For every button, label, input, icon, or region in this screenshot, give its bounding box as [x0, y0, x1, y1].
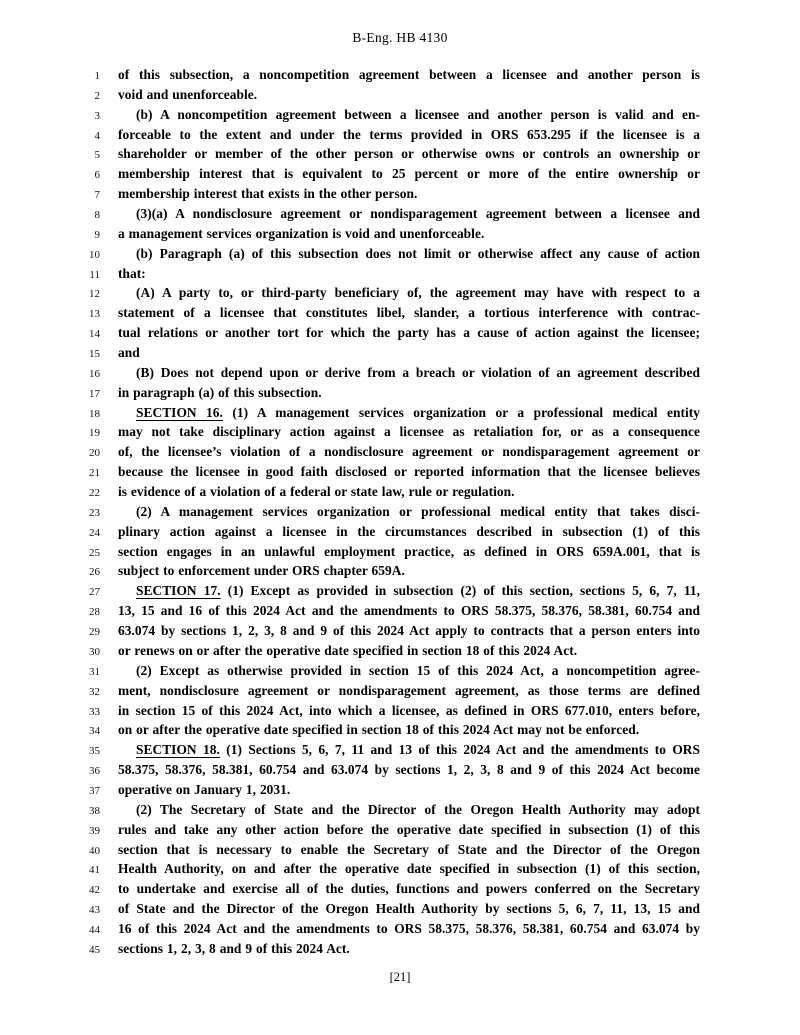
document-line: 26subject to enforcement under ORS chapt… [0, 561, 800, 581]
line-text: void and unenforceable. [118, 85, 700, 105]
line-number: 34 [0, 722, 100, 742]
line-number: 27 [0, 583, 100, 603]
line-text: to undertake and exercise all of the dut… [118, 879, 700, 899]
line-text: in paragraph (a) of this subsection. [118, 383, 700, 403]
line-number: 41 [0, 861, 100, 881]
document-line: 40section that is necessary to enable th… [0, 840, 800, 860]
document-line: 42to undertake and exercise all of the d… [0, 879, 800, 899]
line-number: 15 [0, 345, 100, 365]
line-text: SECTION 18. (1) Sections 5, 6, 7, 11 and… [118, 740, 700, 760]
document-line: 38(2) The Secretary of State and the Dir… [0, 800, 800, 820]
line-text: of, the licensee’s violation of a nondis… [118, 442, 700, 462]
line-text: Health Authority, on and after the opera… [118, 859, 700, 879]
line-text: 13, 15 and 16 of this 2024 Act and the a… [118, 601, 700, 621]
document-line: 3(b) A noncompetition agreement between … [0, 105, 800, 125]
section-heading-label: SECTION 16. [136, 405, 223, 420]
line-number: 14 [0, 325, 100, 345]
document-line: 12(A) A party to, or third-party benefic… [0, 283, 800, 303]
line-text: section that is necessary to enable the … [118, 840, 700, 860]
document-line: 5shareholder or member of the other pers… [0, 144, 800, 164]
line-text: of State and the Director of the Oregon … [118, 899, 700, 919]
line-text: 58.375, 58.376, 58.381, 60.754 and 63.07… [118, 760, 700, 780]
page-header-title: B-Eng. HB 4130 [0, 30, 800, 46]
document-line: 9a management services organization is v… [0, 224, 800, 244]
line-number: 44 [0, 921, 100, 941]
document-line: 20of, the licensee’s violation of a nond… [0, 442, 800, 462]
document-line: 16(B) Does not depend upon or derive fro… [0, 363, 800, 383]
document-line: 10(b) Paragraph (a) of this subsection d… [0, 244, 800, 264]
document-line: 45sections 1, 2, 3, 8 and 9 of this 2024… [0, 939, 800, 959]
line-number: 23 [0, 504, 100, 524]
line-number: 26 [0, 563, 100, 583]
line-number: 20 [0, 444, 100, 464]
line-number: 42 [0, 881, 100, 901]
document-line: 39rules and take any other action before… [0, 820, 800, 840]
line-text: (3)(a) A nondisclosure agreement or nond… [118, 204, 700, 224]
document-line: 7membership interest that exists in the … [0, 184, 800, 204]
line-text: 16 of this 2024 Act and the amendments t… [118, 919, 700, 939]
line-text: because the licensee in good faith discl… [118, 462, 700, 482]
document-line: 15and [0, 343, 800, 363]
line-number: 13 [0, 305, 100, 325]
document-line: 2void and unenforceable. [0, 85, 800, 105]
line-text: tual relations or another tort for which… [118, 323, 700, 343]
document-line: 27SECTION 17. (1) Except as provided in … [0, 581, 800, 601]
document-line: 43of State and the Director of the Orego… [0, 899, 800, 919]
document-line: 24plinary action against a licensee in t… [0, 522, 800, 542]
document-line: 23(2) A management services organization… [0, 502, 800, 522]
line-number: 43 [0, 901, 100, 921]
document-line: 31(2) Except as otherwise provided in se… [0, 661, 800, 681]
line-number: 35 [0, 742, 100, 762]
line-text: (b) A noncompetition agreement between a… [118, 105, 700, 125]
document-line: 8(3)(a) A nondisclosure agreement or non… [0, 204, 800, 224]
line-text: SECTION 17. (1) Except as provided in su… [118, 581, 700, 601]
document-line: 17in paragraph (a) of this subsection. [0, 383, 800, 403]
line-number: 21 [0, 464, 100, 484]
document-line: 4416 of this 2024 Act and the amendments… [0, 919, 800, 939]
document-line: 13statement of a licensee that constitut… [0, 303, 800, 323]
line-number: 4 [0, 127, 100, 147]
line-number: 30 [0, 643, 100, 663]
line-number: 24 [0, 524, 100, 544]
document-line: 35SECTION 18. (1) Sections 5, 6, 7, 11 a… [0, 740, 800, 760]
line-text: (A) A party to, or third-party beneficia… [118, 283, 700, 303]
line-text: a management services organization is vo… [118, 224, 700, 244]
line-number: 7 [0, 186, 100, 206]
line-number: 1 [0, 67, 100, 87]
line-number: 32 [0, 683, 100, 703]
line-number: 45 [0, 941, 100, 961]
document-line: 19may not take disciplinary action again… [0, 422, 800, 442]
line-text: (2) Except as otherwise provided in sect… [118, 661, 700, 681]
line-text: (b) Paragraph (a) of this subsection doe… [118, 244, 700, 264]
line-text: in section 15 of this 2024 Act, into whi… [118, 701, 700, 721]
line-number: 38 [0, 802, 100, 822]
line-number: 22 [0, 484, 100, 504]
line-number: 19 [0, 424, 100, 444]
line-text: section engages in an unlawful employmen… [118, 542, 700, 562]
line-number: 39 [0, 822, 100, 842]
document-line: 1of this subsection, a noncompetition ag… [0, 65, 800, 85]
line-text: shareholder or member of the other perso… [118, 144, 700, 164]
line-number: 40 [0, 842, 100, 862]
line-text: of this subsection, a noncompetition agr… [118, 65, 700, 85]
line-number: 8 [0, 206, 100, 226]
line-text: (B) Does not depend upon or derive from … [118, 363, 700, 383]
line-text: may not take disciplinary action against… [118, 422, 700, 442]
line-number: 33 [0, 703, 100, 723]
line-number: 29 [0, 623, 100, 643]
document-line: 18SECTION 16. (1) A management services … [0, 403, 800, 423]
line-text: rules and take any other action before t… [118, 820, 700, 840]
document-lines: 1of this subsection, a noncompetition ag… [0, 65, 800, 959]
line-number: 12 [0, 285, 100, 305]
line-text: (2) A management services organization o… [118, 502, 700, 522]
line-text: 63.074 by sections 1, 2, 3, 8 and 9 of t… [118, 621, 700, 641]
line-text: operative on January 1, 2031. [118, 780, 700, 800]
line-number: 2 [0, 87, 100, 107]
line-number: 28 [0, 603, 100, 623]
page-number: [21] [0, 970, 800, 985]
document-line: 25section engages in an unlawful employm… [0, 542, 800, 562]
line-text: or renews on or after the operative date… [118, 641, 700, 661]
line-text: subject to enforcement under ORS chapter… [118, 561, 700, 581]
line-number: 10 [0, 246, 100, 266]
line-number: 17 [0, 385, 100, 405]
line-text: ment, nondisclosure agreement or nondisp… [118, 681, 700, 701]
document-line: 2813, 15 and 16 of this 2024 Act and the… [0, 601, 800, 621]
line-text: SECTION 16. (1) A management services or… [118, 403, 700, 423]
document-line: 32ment, nondisclosure agreement or nondi… [0, 681, 800, 701]
line-text: (2) The Secretary of State and the Direc… [118, 800, 700, 820]
line-number: 25 [0, 544, 100, 564]
line-text: membership interest that is equivalent t… [118, 164, 700, 184]
document-line: 22is evidence of a violation of a federa… [0, 482, 800, 502]
line-number: 5 [0, 146, 100, 166]
line-text: that: [118, 264, 700, 284]
document-line: 37operative on January 1, 2031. [0, 780, 800, 800]
line-number: 31 [0, 663, 100, 683]
section-heading-label: SECTION 18. [136, 742, 220, 757]
document-line: 4forceable to the extent and under the t… [0, 125, 800, 145]
line-text: sections 1, 2, 3, 8 and 9 of this 2024 A… [118, 939, 700, 959]
document-line: 6membership interest that is equivalent … [0, 164, 800, 184]
line-text: is evidence of a violation of a federal … [118, 482, 700, 502]
section-heading-label: SECTION 17. [136, 583, 221, 598]
document-line: 41Health Authority, on and after the ope… [0, 859, 800, 879]
line-text: membership interest that exists in the o… [118, 184, 700, 204]
line-number: 3 [0, 107, 100, 127]
line-text: statement of a licensee that constitutes… [118, 303, 700, 323]
line-number: 18 [0, 405, 100, 425]
document-line: 14tual relations or another tort for whi… [0, 323, 800, 343]
line-number: 9 [0, 226, 100, 246]
document-line: 21because the licensee in good faith dis… [0, 462, 800, 482]
document-line: 2963.074 by sections 1, 2, 3, 8 and 9 of… [0, 621, 800, 641]
bill-page: B-Eng. HB 4130 1of this subsection, a no… [0, 0, 800, 1035]
line-text: forceable to the extent and under the te… [118, 125, 700, 145]
line-text: and [118, 343, 700, 363]
line-number: 16 [0, 365, 100, 385]
document-line: 3658.375, 58.376, 58.381, 60.754 and 63.… [0, 760, 800, 780]
document-line: 34on or after the operative date specifi… [0, 720, 800, 740]
line-number: 36 [0, 762, 100, 782]
line-text: on or after the operative date specified… [118, 720, 700, 740]
line-number: 11 [0, 266, 100, 286]
document-line: 30or renews on or after the operative da… [0, 641, 800, 661]
line-text: plinary action against a licensee in the… [118, 522, 700, 542]
document-line: 11that: [0, 264, 800, 284]
line-number: 37 [0, 782, 100, 802]
document-line: 33in section 15 of this 2024 Act, into w… [0, 701, 800, 721]
line-number: 6 [0, 166, 100, 186]
